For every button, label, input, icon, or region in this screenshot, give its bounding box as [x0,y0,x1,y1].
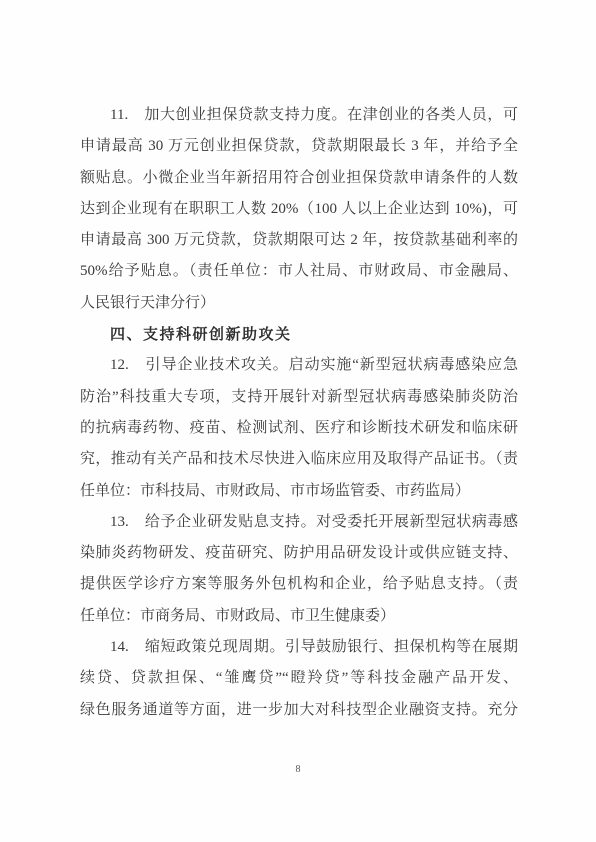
text-line: 防治”科技重大专项，支持开展针对新型冠状病毒感染肺炎防治 [80,382,518,413]
text-line: 额贴息。小微企业当年新招用符合创业担保贷款申请条件的人数 [80,163,518,194]
text-line: 的抗病毒药物、疫苗、检测试剂、医疗和诊断技术研发和临床研 [80,413,518,444]
text-line: 14. 缩短政策兑现周期。引导鼓励银行、担保机构等在展期 [80,632,518,663]
text-line: 绿色服务通道等方面，进一步加大对科技型企业融资支持。充分 [80,695,518,726]
text-line: 申请最高 300 万元贷款，贷款期限可达 2 年，按贷款基础利率的 [80,225,518,256]
text-line: 12. 引导企业技术攻关。启动实施“新型冠状病毒感染应急 [80,350,518,381]
text-line: 任单位：市商务局、市财政局、市卫生健康委） [80,601,518,632]
text-line: 人民银行天津分行） [80,288,518,319]
text-line: 任单位：市科技局、市财政局、市市场监管委、市药监局） [80,476,518,507]
text-line: 申请最高 30 万元创业担保贷款，贷款期限最长 3 年，并给予全 [80,131,518,162]
text-line: 续贷、贷款担保、“雏鹰贷”“瞪羚贷”等科技金融产品开发、 [80,663,518,694]
text-line: 提供医学诊疗方案等服务外包机构和企业，给予贴息支持。（责 [80,569,518,600]
text-line: 50%给予贴息。（责任单位：市人社局、市财政局、市金融局、 [80,256,518,287]
text-line: 13. 给予企业研发贴息支持。对受委托开展新型冠状病毒感 [80,507,518,538]
document-page: 11. 加大创业担保贷款支持力度。在津创业的各类人员，可 申请最高 30 万元创… [0,0,596,842]
section-heading: 四、支持科研创新助攻关 [80,319,518,350]
text-line: 染肺炎药物研发、疫苗研究、防护用品研发设计或供应链支持、 [80,538,518,569]
text-line: 达到企业现有在职职工人数 20%（100 人以上企业达到 10%)，可 [80,194,518,225]
page-number: 8 [0,764,596,775]
text-line: 究，推动有关产品和技术尽快进入临床应用及取得产品证书。（责 [80,444,518,475]
text-line: 11. 加大创业担保贷款支持力度。在津创业的各类人员，可 [80,100,518,131]
document-body: 11. 加大创业担保贷款支持力度。在津创业的各类人员，可 申请最高 30 万元创… [80,100,518,726]
